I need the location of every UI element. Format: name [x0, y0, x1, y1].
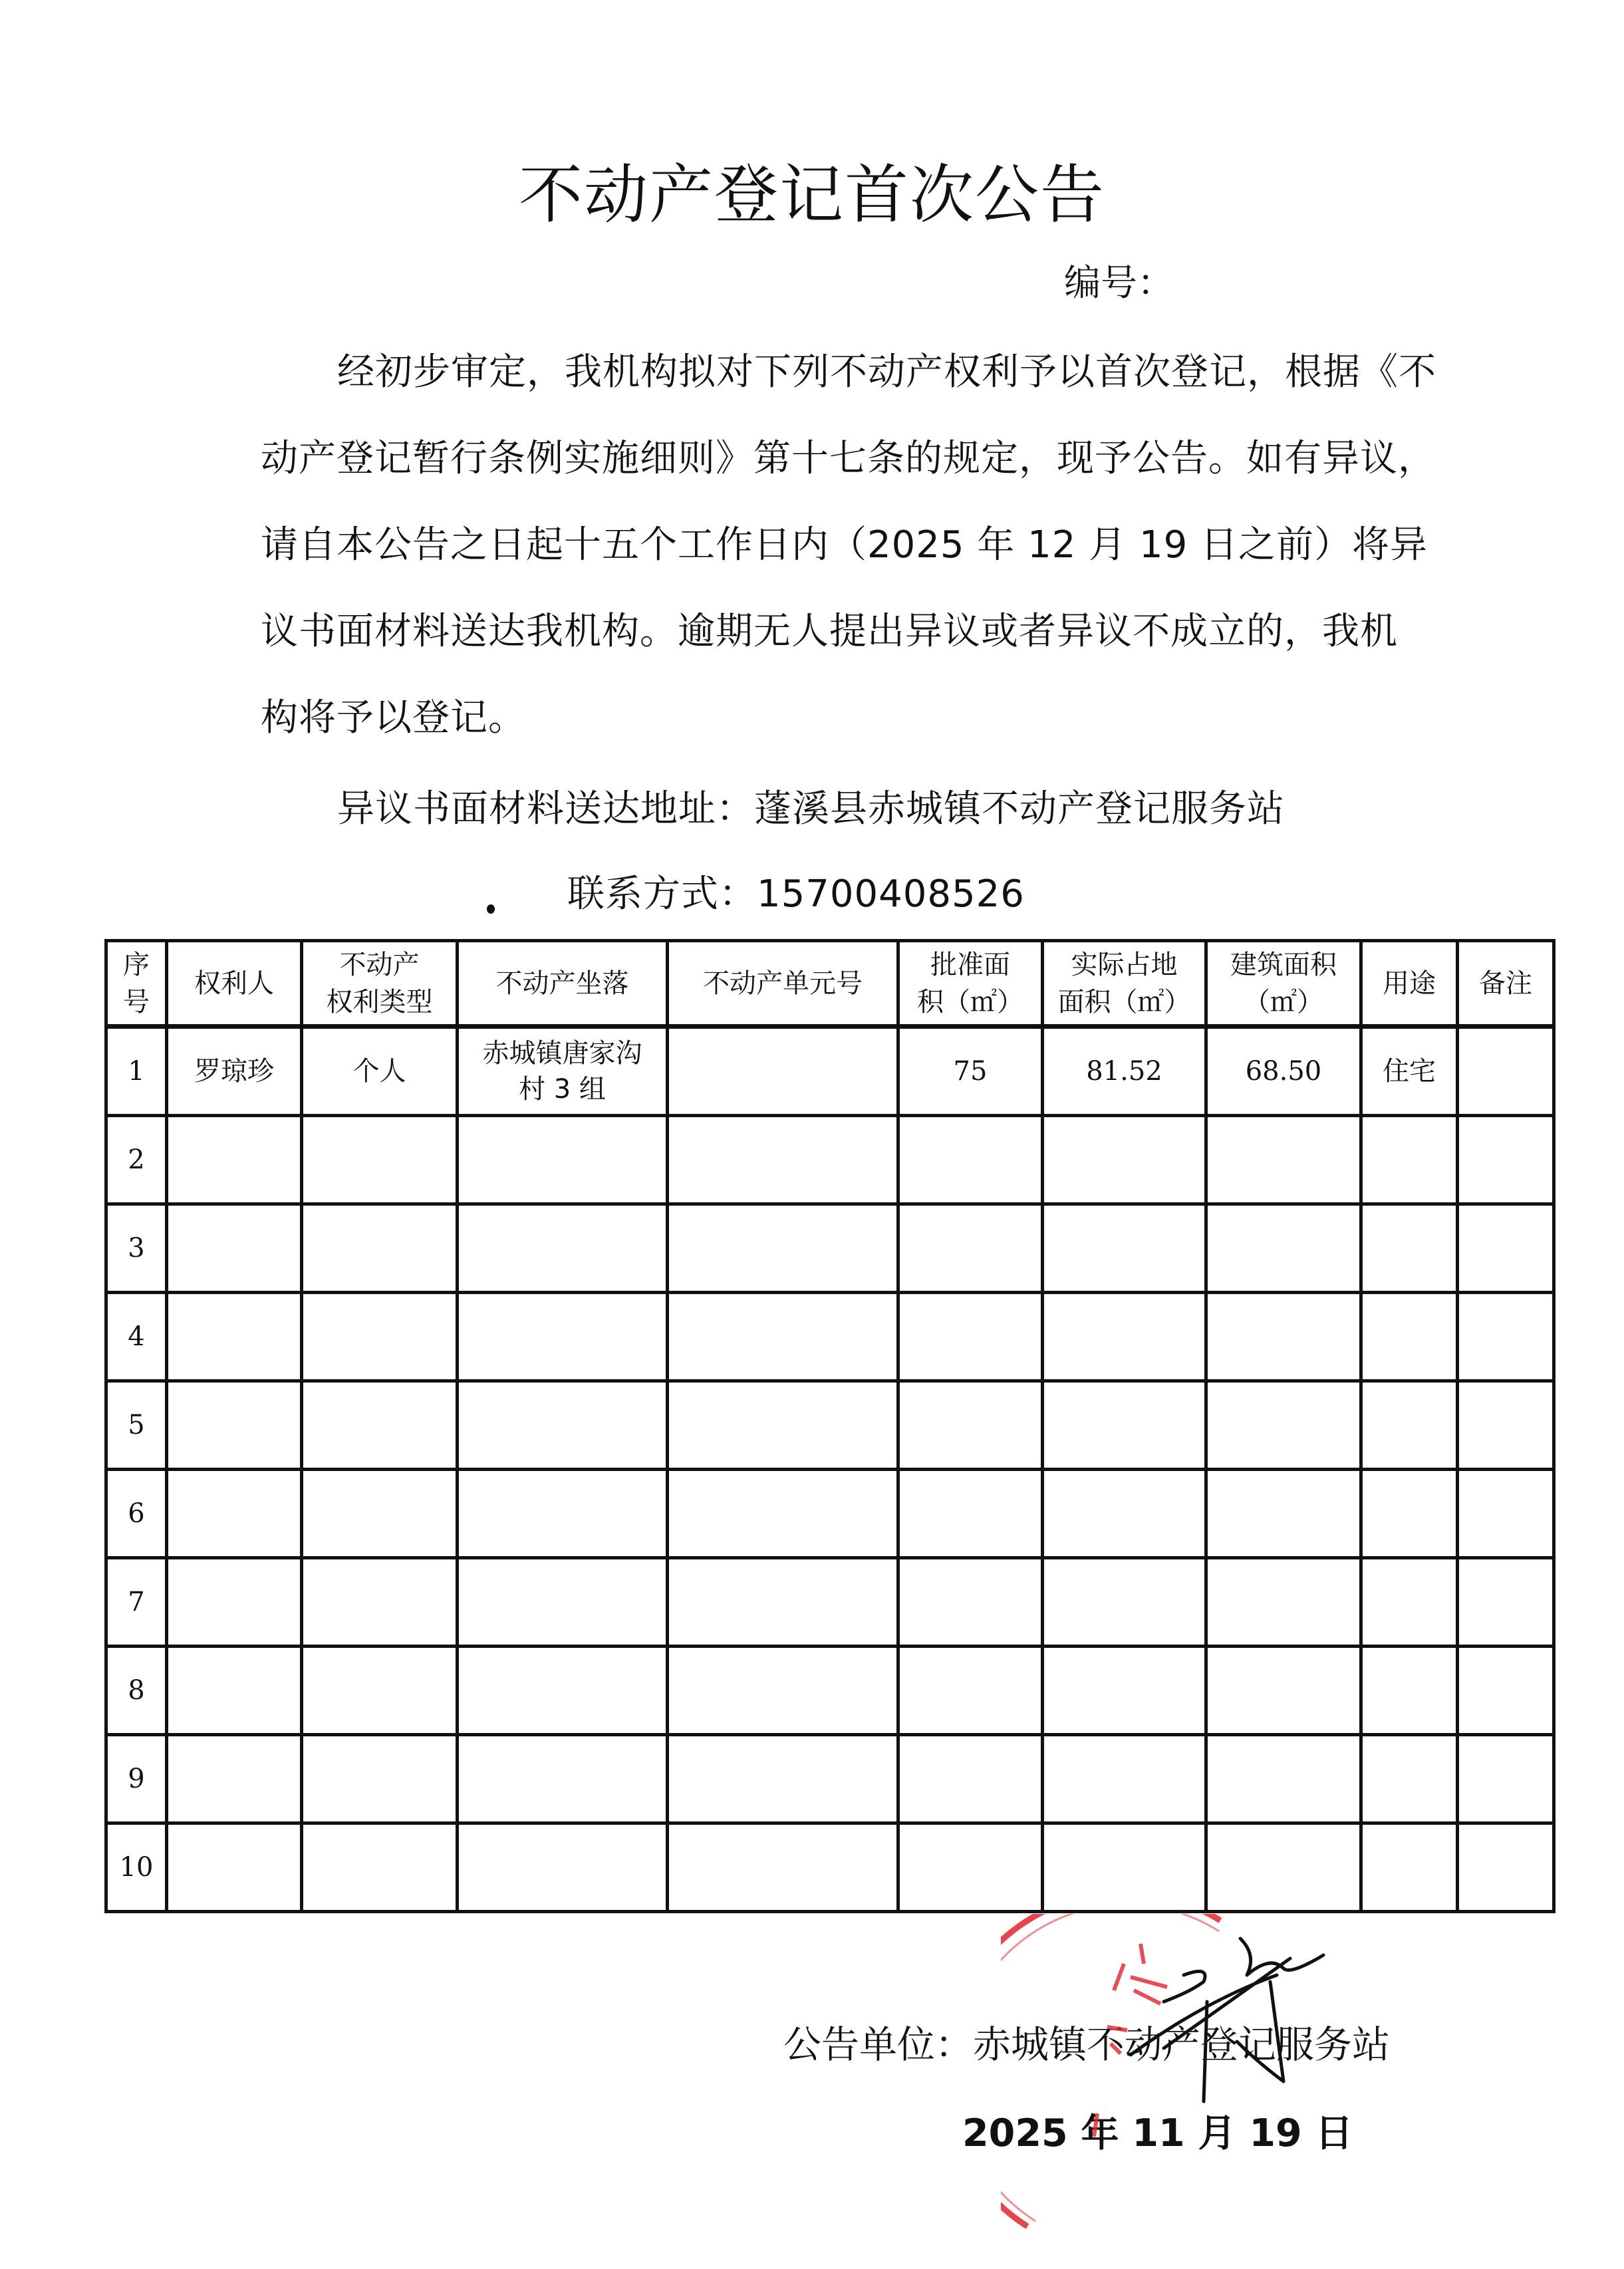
table-row: 7	[106, 1557, 1554, 1646]
header-right-holder: 权利人	[167, 941, 302, 1027]
cell-usage	[1361, 1734, 1458, 1823]
cell-unit-number	[668, 1293, 898, 1381]
cell-usage	[1361, 1381, 1458, 1469]
table-row: 6	[106, 1469, 1554, 1557]
cell-usage	[1361, 1557, 1458, 1646]
cell-location	[458, 1469, 668, 1557]
cell-usage	[1361, 1116, 1458, 1204]
cell-location	[458, 1204, 668, 1293]
issuing-unit: 公告单位：赤城镇不动产登记服务站	[783, 2024, 1390, 2066]
cell-actual-land-area	[1043, 1734, 1206, 1823]
cell-right-holder	[167, 1823, 302, 1911]
stray-dot-mark	[487, 904, 495, 914]
doc-number-label: 编号：	[1064, 262, 1174, 303]
cell-right-type: 个人	[302, 1027, 458, 1116]
cell-right-holder	[167, 1469, 302, 1557]
cell-right-type	[302, 1204, 458, 1293]
cell-location	[458, 1293, 668, 1381]
paragraph-line: 构将予以登记。	[261, 697, 526, 739]
cell-usage	[1361, 1646, 1458, 1734]
cell-unit-number	[668, 1557, 898, 1646]
header-approved-area: 批准面积（㎡）	[898, 941, 1043, 1027]
header-location: 不动产坐落	[458, 941, 668, 1027]
cell-right-holder: 罗琼珍	[167, 1027, 302, 1116]
cell-right-holder	[167, 1646, 302, 1734]
cell-actual-land-area: 81.52	[1043, 1027, 1206, 1116]
registration-table-container: 序号 权利人 不动产权利类型 不动产坐落 不动产单元号 批准面积（㎡） 实际占地…	[104, 939, 1552, 1913]
cell-right-holder	[167, 1116, 302, 1204]
header-usage: 用途	[1361, 941, 1458, 1027]
cell-usage	[1361, 1293, 1458, 1381]
cell-approved-area	[898, 1116, 1043, 1204]
cell-location	[458, 1116, 668, 1204]
table-row: 10	[106, 1823, 1554, 1911]
cell-location	[458, 1734, 668, 1823]
cell-right-type	[302, 1646, 458, 1734]
cell-actual-land-area	[1043, 1557, 1206, 1646]
cell-approved-area	[898, 1381, 1043, 1469]
contact-info: 联系方式：15700408526	[567, 873, 1025, 916]
cell-location	[458, 1381, 668, 1469]
objection-address: 异议书面材料送达地址：蓬溪县赤城镇不动产登记服务站	[337, 788, 1285, 831]
cell-seq: 6	[106, 1469, 167, 1557]
cell-seq: 10	[106, 1823, 167, 1911]
cell-seq: 1	[106, 1027, 167, 1116]
table-header-row: 序号 权利人 不动产权利类型 不动产坐落 不动产单元号 批准面积（㎡） 实际占地…	[106, 941, 1554, 1027]
cell-usage: 住宅	[1361, 1027, 1458, 1116]
cell-seq: 9	[106, 1734, 167, 1823]
cell-seq: 2	[106, 1116, 167, 1204]
table-row: 8	[106, 1646, 1554, 1734]
cell-right-holder	[167, 1293, 302, 1381]
cell-right-type	[302, 1116, 458, 1204]
header-right-type: 不动产权利类型	[302, 941, 458, 1027]
cell-approved-area	[898, 1646, 1043, 1734]
cell-remarks	[1458, 1204, 1554, 1293]
cell-remarks	[1458, 1646, 1554, 1734]
cell-seq: 7	[106, 1557, 167, 1646]
cell-seq: 8	[106, 1646, 167, 1734]
table-row: 5	[106, 1381, 1554, 1469]
cell-usage	[1361, 1204, 1458, 1293]
cell-location: 赤城镇唐家沟村 3 组	[458, 1027, 668, 1116]
cell-usage	[1361, 1469, 1458, 1557]
cell-remarks	[1458, 1027, 1554, 1116]
header-building-area: 建筑面积（㎡）	[1206, 941, 1361, 1027]
cell-seq: 5	[106, 1381, 167, 1469]
cell-right-type	[302, 1734, 458, 1823]
table-row: 9	[106, 1734, 1554, 1823]
cell-building-area	[1206, 1557, 1361, 1646]
cell-unit-number	[668, 1116, 898, 1204]
cell-approved-area	[898, 1823, 1043, 1911]
cell-unit-number	[668, 1381, 898, 1469]
cell-remarks	[1458, 1734, 1554, 1823]
cell-approved-area	[898, 1293, 1043, 1381]
cell-building-area	[1206, 1381, 1361, 1469]
cell-building-area	[1206, 1293, 1361, 1381]
cell-actual-land-area	[1043, 1646, 1206, 1734]
cell-actual-land-area	[1043, 1293, 1206, 1381]
cell-right-type	[302, 1557, 458, 1646]
cell-building-area	[1206, 1823, 1361, 1911]
cell-location	[458, 1646, 668, 1734]
cell-approved-area: 75	[898, 1027, 1043, 1116]
cell-actual-land-area	[1043, 1469, 1206, 1557]
cell-usage	[1361, 1823, 1458, 1911]
cell-remarks	[1458, 1381, 1554, 1469]
cell-seq: 4	[106, 1293, 167, 1381]
cell-building-area	[1206, 1204, 1361, 1293]
cell-approved-area	[898, 1557, 1043, 1646]
header-unit-number: 不动产单元号	[668, 941, 898, 1027]
official-seal-icon	[1001, 1914, 1333, 2246]
cell-building-area	[1206, 1116, 1361, 1204]
table-row: 2	[106, 1116, 1554, 1204]
cell-building-area: 68.50	[1206, 1027, 1361, 1116]
cell-approved-area	[898, 1204, 1043, 1293]
cell-unit-number	[668, 1204, 898, 1293]
cell-unit-number	[668, 1823, 898, 1911]
header-seq: 序号	[106, 941, 167, 1027]
page-title: 不动产登记首次公告	[0, 158, 1624, 231]
table-row: 3	[106, 1204, 1554, 1293]
table-row: 4	[106, 1293, 1554, 1381]
cell-actual-land-area	[1043, 1116, 1206, 1204]
cell-right-holder	[167, 1381, 302, 1469]
cell-approved-area	[898, 1734, 1043, 1823]
cell-unit-number	[668, 1027, 898, 1116]
cell-approved-area	[898, 1469, 1043, 1557]
registration-table: 序号 权利人 不动产权利类型 不动产坐落 不动产单元号 批准面积（㎡） 实际占地…	[104, 939, 1556, 1913]
cell-building-area	[1206, 1646, 1361, 1734]
paragraph-line: 请自本公告之日起十五个工作日内（2025 年 12 月 19 日之前）将异	[261, 524, 1428, 567]
cell-remarks	[1458, 1116, 1554, 1204]
cell-actual-land-area	[1043, 1381, 1206, 1469]
cell-unit-number	[668, 1734, 898, 1823]
issue-date: 2025 年 11 月 19 日	[962, 2112, 1353, 2155]
cell-right-type	[302, 1823, 458, 1911]
cell-seq: 3	[106, 1204, 167, 1293]
cell-right-type	[302, 1293, 458, 1381]
cell-right-type	[302, 1381, 458, 1469]
cell-unit-number	[668, 1646, 898, 1734]
cell-right-holder	[167, 1734, 302, 1823]
cell-building-area	[1206, 1469, 1361, 1557]
cell-right-holder	[167, 1204, 302, 1293]
cell-building-area	[1206, 1734, 1361, 1823]
cell-location	[458, 1557, 668, 1646]
cell-actual-land-area	[1043, 1204, 1206, 1293]
header-actual-land-area: 实际占地面积（㎡）	[1043, 941, 1206, 1027]
cell-right-type	[302, 1469, 458, 1557]
paragraph-line: 动产登记暂行条例实施细则》第十七条的规定，现予公告。如有异议，	[261, 438, 1436, 480]
paragraph-line: 议书面材料送达我机构。逾期无人提出异议或者异议不成立的，我机	[261, 610, 1398, 653]
cell-unit-number	[668, 1469, 898, 1557]
cell-remarks	[1458, 1293, 1554, 1381]
table-row: 1罗琼珍个人赤城镇唐家沟村 3 组7581.5268.50住宅	[106, 1027, 1554, 1116]
cell-remarks	[1458, 1557, 1554, 1646]
cell-right-holder	[167, 1557, 302, 1646]
paragraph-line: 经初步审定，我机构拟对下列不动产权利予以首次登记，根据《不	[337, 351, 1436, 394]
cell-actual-land-area	[1043, 1823, 1206, 1911]
header-remarks: 备注	[1458, 941, 1554, 1027]
cell-remarks	[1458, 1469, 1554, 1557]
cell-location	[458, 1823, 668, 1911]
cell-remarks	[1458, 1823, 1554, 1911]
